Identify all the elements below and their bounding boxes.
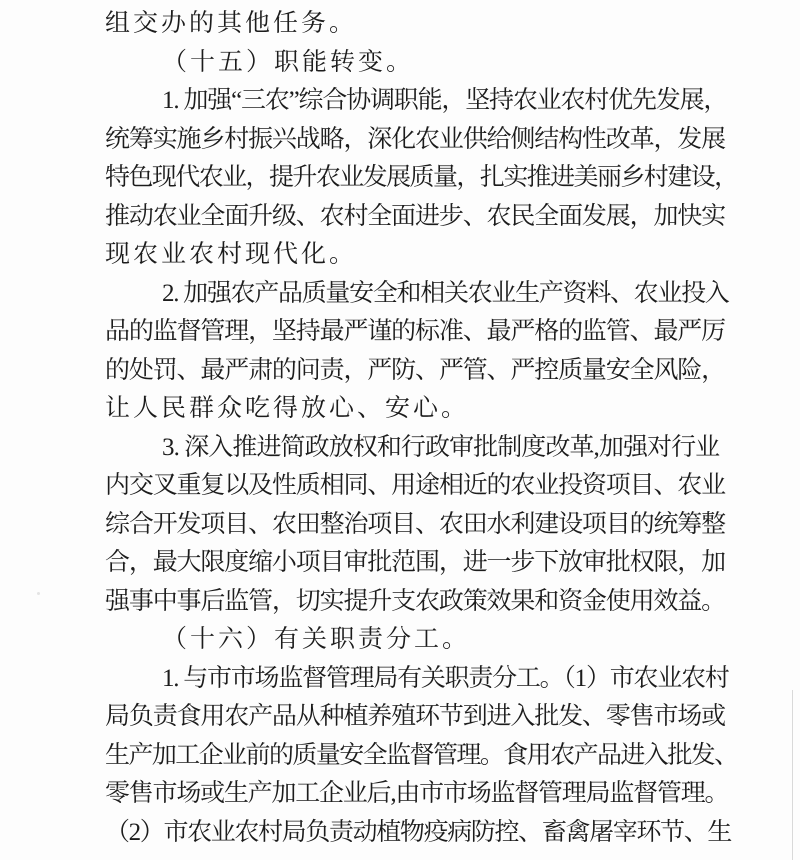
document-line: 推动农业全面升级、农村全面进步、农民全面发展，加快实	[105, 198, 695, 237]
scan-speck	[118, 521, 122, 524]
document-line: 内交叉重复以及性质相同、用途相近的农业投资项目、农业	[105, 467, 695, 506]
document-line: 2. 加强农产品质量安全和相关农业生产资料、农业投入	[105, 275, 695, 314]
document-page: 组交办的其他任务。 （十五）职能转变。 1. 加强“三农”综合协调职能，坚持农业…	[0, 0, 800, 860]
document-line: 生产加工企业前的质量安全监督管理。食用农产品进入批发、	[105, 737, 695, 776]
document-line: 的处罚、最严肃的问责，严防、严管、严控质量安全风险，	[105, 352, 695, 391]
scan-speck	[37, 592, 40, 595]
document-line: 组交办的其他任务。	[105, 5, 695, 44]
document-line: 局负责食用农产品从种植养殖环节到进入批发、零售市场或	[105, 698, 695, 737]
document-line: 1. 与市市场监督管理局有关职责分工。（1）市农业农村	[105, 660, 695, 699]
document-line: 统筹实施乡村振兴战略，深化农业供给侧结构性改革，发展	[105, 121, 695, 160]
document-line: 现农业农村现代化。	[105, 236, 695, 275]
document-line: 特色现代农业，提升农业发展质量，扎实推进美丽乡村建设，	[105, 159, 695, 198]
document-section-heading: （十六）有关职责分工。	[105, 621, 695, 660]
document-line: 让人民群众吃得放心、安心。	[105, 390, 695, 429]
document-line: 零售市场或生产加工企业后,由市市场监督管理局监督管理。	[105, 775, 695, 814]
scan-edge-artifact	[792, 690, 793, 860]
document-line: 综合开发项目、农田整治项目、农田水利建设项目的统筹整	[105, 506, 695, 545]
document-line: （2）市农业农村局负责动植物疫病防控、畜禽屠宰环节、生	[105, 814, 695, 853]
document-line: 1. 加强“三农”综合协调职能，坚持农业农村优先发展，	[105, 82, 695, 121]
document-line: 合，最大限度缩小项目审批范围，进一步下放审批权限，加	[105, 544, 695, 583]
document-line: 品的监督管理，坚持最严谨的标准、最严格的监管、最严厉	[105, 313, 695, 352]
document-section-heading: （十五）职能转变。	[105, 44, 695, 83]
document-text-block: 组交办的其他任务。 （十五）职能转变。 1. 加强“三农”综合协调职能，坚持农业…	[105, 5, 695, 852]
document-line: 强事中事后监管，切实提升支农政策效果和资金使用效益。	[105, 583, 695, 622]
document-line: 3. 深入推进简政放权和行政审批制度改革,加强对行业	[105, 429, 695, 468]
